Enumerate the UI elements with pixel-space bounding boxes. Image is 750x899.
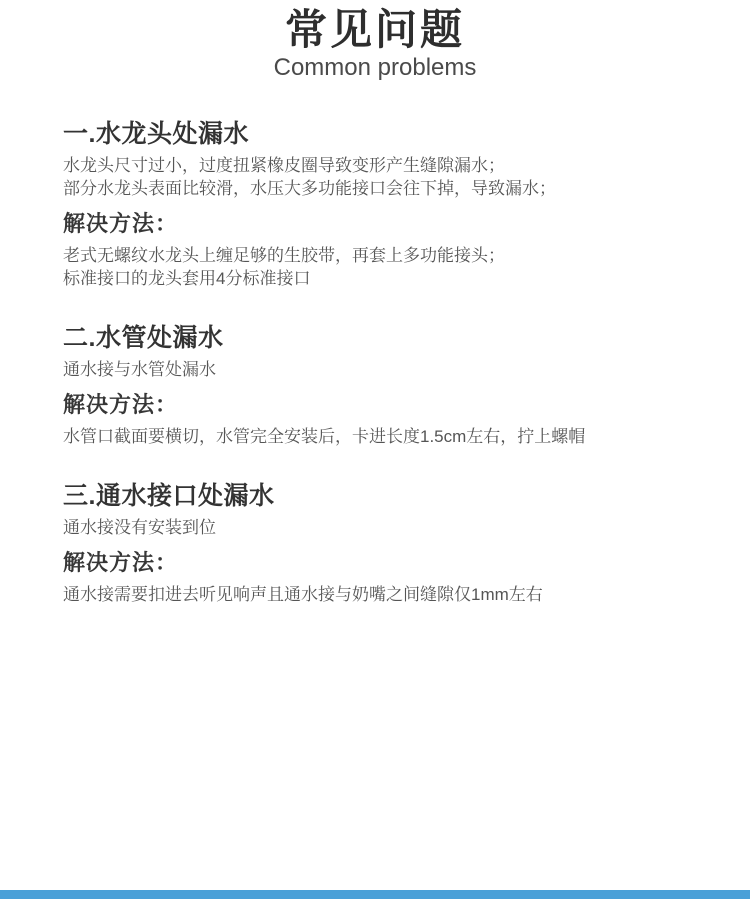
section-heading: 一.水龙头处漏水: [63, 119, 695, 149]
faq-section-2: 二.水管处漏水 通水接与水管处漏水 解决方法： 水管口截面要横切，水管完全安装后…: [63, 323, 695, 448]
page-header: 常见问题 Common problems: [0, 0, 750, 81]
solution-label: 解决方法：: [63, 548, 695, 578]
problem-line: 通水接没有安装到位: [63, 516, 695, 539]
page-subtitle: Common problems: [0, 54, 750, 81]
solution-label: 解决方法：: [63, 390, 695, 420]
solution-description: 水管口截面要横切，水管完全安装后，卡进长度1.5cm左右，拧上螺帽: [63, 425, 695, 448]
faq-section-1: 一.水龙头处漏水 水龙头尺寸过小，过度扭紧橡皮圈导致变形产生缝隙漏水； 部分水龙…: [63, 119, 695, 290]
section-heading: 三.通水接口处漏水: [63, 481, 695, 511]
section-heading: 二.水管处漏水: [63, 323, 695, 353]
page-title: 常见问题: [0, 7, 750, 53]
solution-label: 解决方法：: [63, 209, 695, 239]
problem-description: 通水接与水管处漏水: [63, 358, 695, 381]
solution-line: 水管口截面要横切，水管完全安装后，卡进长度1.5cm左右，拧上螺帽: [63, 425, 695, 448]
solution-line: 通水接需要扣进去听见响声且通水接与奶嘴之间缝隙仅1mm左右: [63, 583, 695, 606]
problem-line: 通水接与水管处漏水: [63, 358, 695, 381]
next-section-divider: [0, 890, 750, 899]
faq-section-3: 三.通水接口处漏水 通水接没有安装到位 解决方法： 通水接需要扣进去听见响声且通…: [63, 481, 695, 606]
solution-description: 通水接需要扣进去听见响声且通水接与奶嘴之间缝隙仅1mm左右: [63, 583, 695, 606]
solution-line: 老式无螺纹水龙头上缠足够的生胶带，再套上多功能接头；: [63, 244, 695, 267]
problem-description: 水龙头尺寸过小，过度扭紧橡皮圈导致变形产生缝隙漏水； 部分水龙头表面比较滑，水压…: [63, 154, 695, 200]
problem-line: 部分水龙头表面比较滑，水压大多功能接口会往下掉，导致漏水；: [63, 177, 695, 200]
solution-description: 老式无螺纹水龙头上缠足够的生胶带，再套上多功能接头； 标准接口的龙头套用4分标准…: [63, 244, 695, 290]
problem-line: 水龙头尺寸过小，过度扭紧橡皮圈导致变形产生缝隙漏水；: [63, 154, 695, 177]
solution-line: 标准接口的龙头套用4分标准接口: [63, 267, 695, 290]
problem-description: 通水接没有安装到位: [63, 516, 695, 539]
faq-content: 一.水龙头处漏水 水龙头尺寸过小，过度扭紧橡皮圈导致变形产生缝隙漏水； 部分水龙…: [0, 119, 750, 606]
